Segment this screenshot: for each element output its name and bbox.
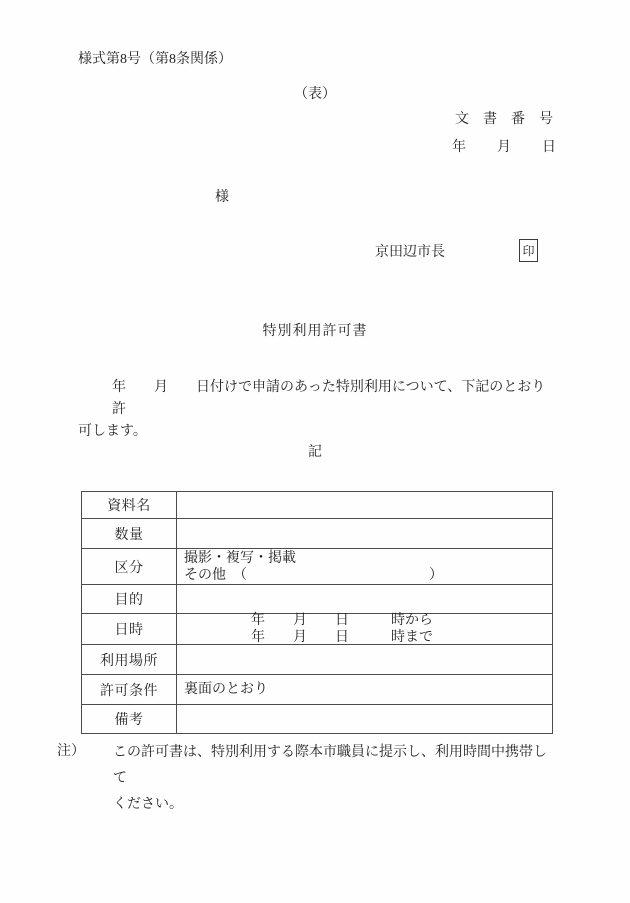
document-number-label: 文 書 番 号 xyxy=(455,108,553,128)
body-line-2: 可します。 xyxy=(78,421,558,443)
table-row-conditions: 許可条件 裏面のとおり xyxy=(82,675,552,705)
table-row-purpose: 目的 xyxy=(82,585,552,614)
row-label: 日時 xyxy=(82,614,177,644)
permit-details-table: 資料名 数量 区分 撮影・複写・掲載 その他 （ ） 目的 日時 年 月 日 時… xyxy=(81,491,553,734)
table-row-material-name: 資料名 xyxy=(82,492,552,519)
seal-label: 印 xyxy=(522,242,534,259)
note-paragraph: この許可書は、特別利用する際本市職員に提示し、利用時間中携帯して ください。 xyxy=(113,740,558,818)
row-value: 裏面のとおり xyxy=(177,675,552,704)
body-line-1: 年 月 日付けで申請のあった特別利用について、下記のとおり許 xyxy=(78,377,558,421)
datetime-from: 年 月 日 時から xyxy=(251,612,552,629)
row-value: 年 月 日 時から 年 月 日 時まで xyxy=(177,614,552,644)
row-value xyxy=(177,519,552,548)
datetime-until: 年 月 日 時まで xyxy=(251,629,552,646)
row-label: 許可条件 xyxy=(82,675,177,704)
addressee-suffix: 様 xyxy=(215,186,229,206)
row-label: 数量 xyxy=(82,519,177,548)
row-label: 資料名 xyxy=(82,492,177,518)
issue-date-label: 年 月 日 xyxy=(452,136,557,156)
row-label: 備考 xyxy=(82,705,177,733)
row-label: 利用場所 xyxy=(82,645,177,674)
issuer-name: 京田辺市長 xyxy=(375,241,445,261)
row-label: 区分 xyxy=(82,549,177,584)
row-value xyxy=(177,492,552,518)
form-number: 様式第8号（第8条関係） xyxy=(78,48,232,68)
note-marker: 注） xyxy=(57,740,85,760)
table-row-quantity: 数量 xyxy=(82,519,552,549)
row-value xyxy=(177,705,552,733)
record-heading: 記 xyxy=(0,441,630,461)
seal-placeholder: 印 xyxy=(519,239,538,262)
page-title: 特別利用許可書 xyxy=(0,320,630,340)
body-paragraph: 年 月 日付けで申請のあった特別利用について、下記のとおり許 可します。 xyxy=(78,377,558,443)
row-value xyxy=(177,585,552,613)
row-value: 撮影・複写・掲載 その他 （ ） xyxy=(177,549,552,584)
table-row-location: 利用場所 xyxy=(82,645,552,675)
category-line-1: 撮影・複写・掲載 xyxy=(184,550,552,567)
side-label: （表） xyxy=(0,83,630,103)
table-row-datetime: 日時 年 月 日 時から 年 月 日 時まで xyxy=(82,614,552,645)
conditions-value: 裏面のとおり xyxy=(184,681,552,698)
row-value xyxy=(177,645,552,674)
note-line-2: ください。 xyxy=(113,792,558,818)
row-label: 目的 xyxy=(82,585,177,613)
note-line-1: この許可書は、特別利用する際本市職員に提示し、利用時間中携帯して xyxy=(113,740,558,792)
category-line-2: その他 （ ） xyxy=(184,567,552,584)
table-row-category: 区分 撮影・複写・掲載 その他 （ ） xyxy=(82,549,552,585)
table-row-remarks: 備考 xyxy=(82,705,552,733)
permit-document-page: 様式第8号（第8条関係） （表） 文 書 番 号 年 月 日 様 京田辺市長 印… xyxy=(0,0,630,903)
